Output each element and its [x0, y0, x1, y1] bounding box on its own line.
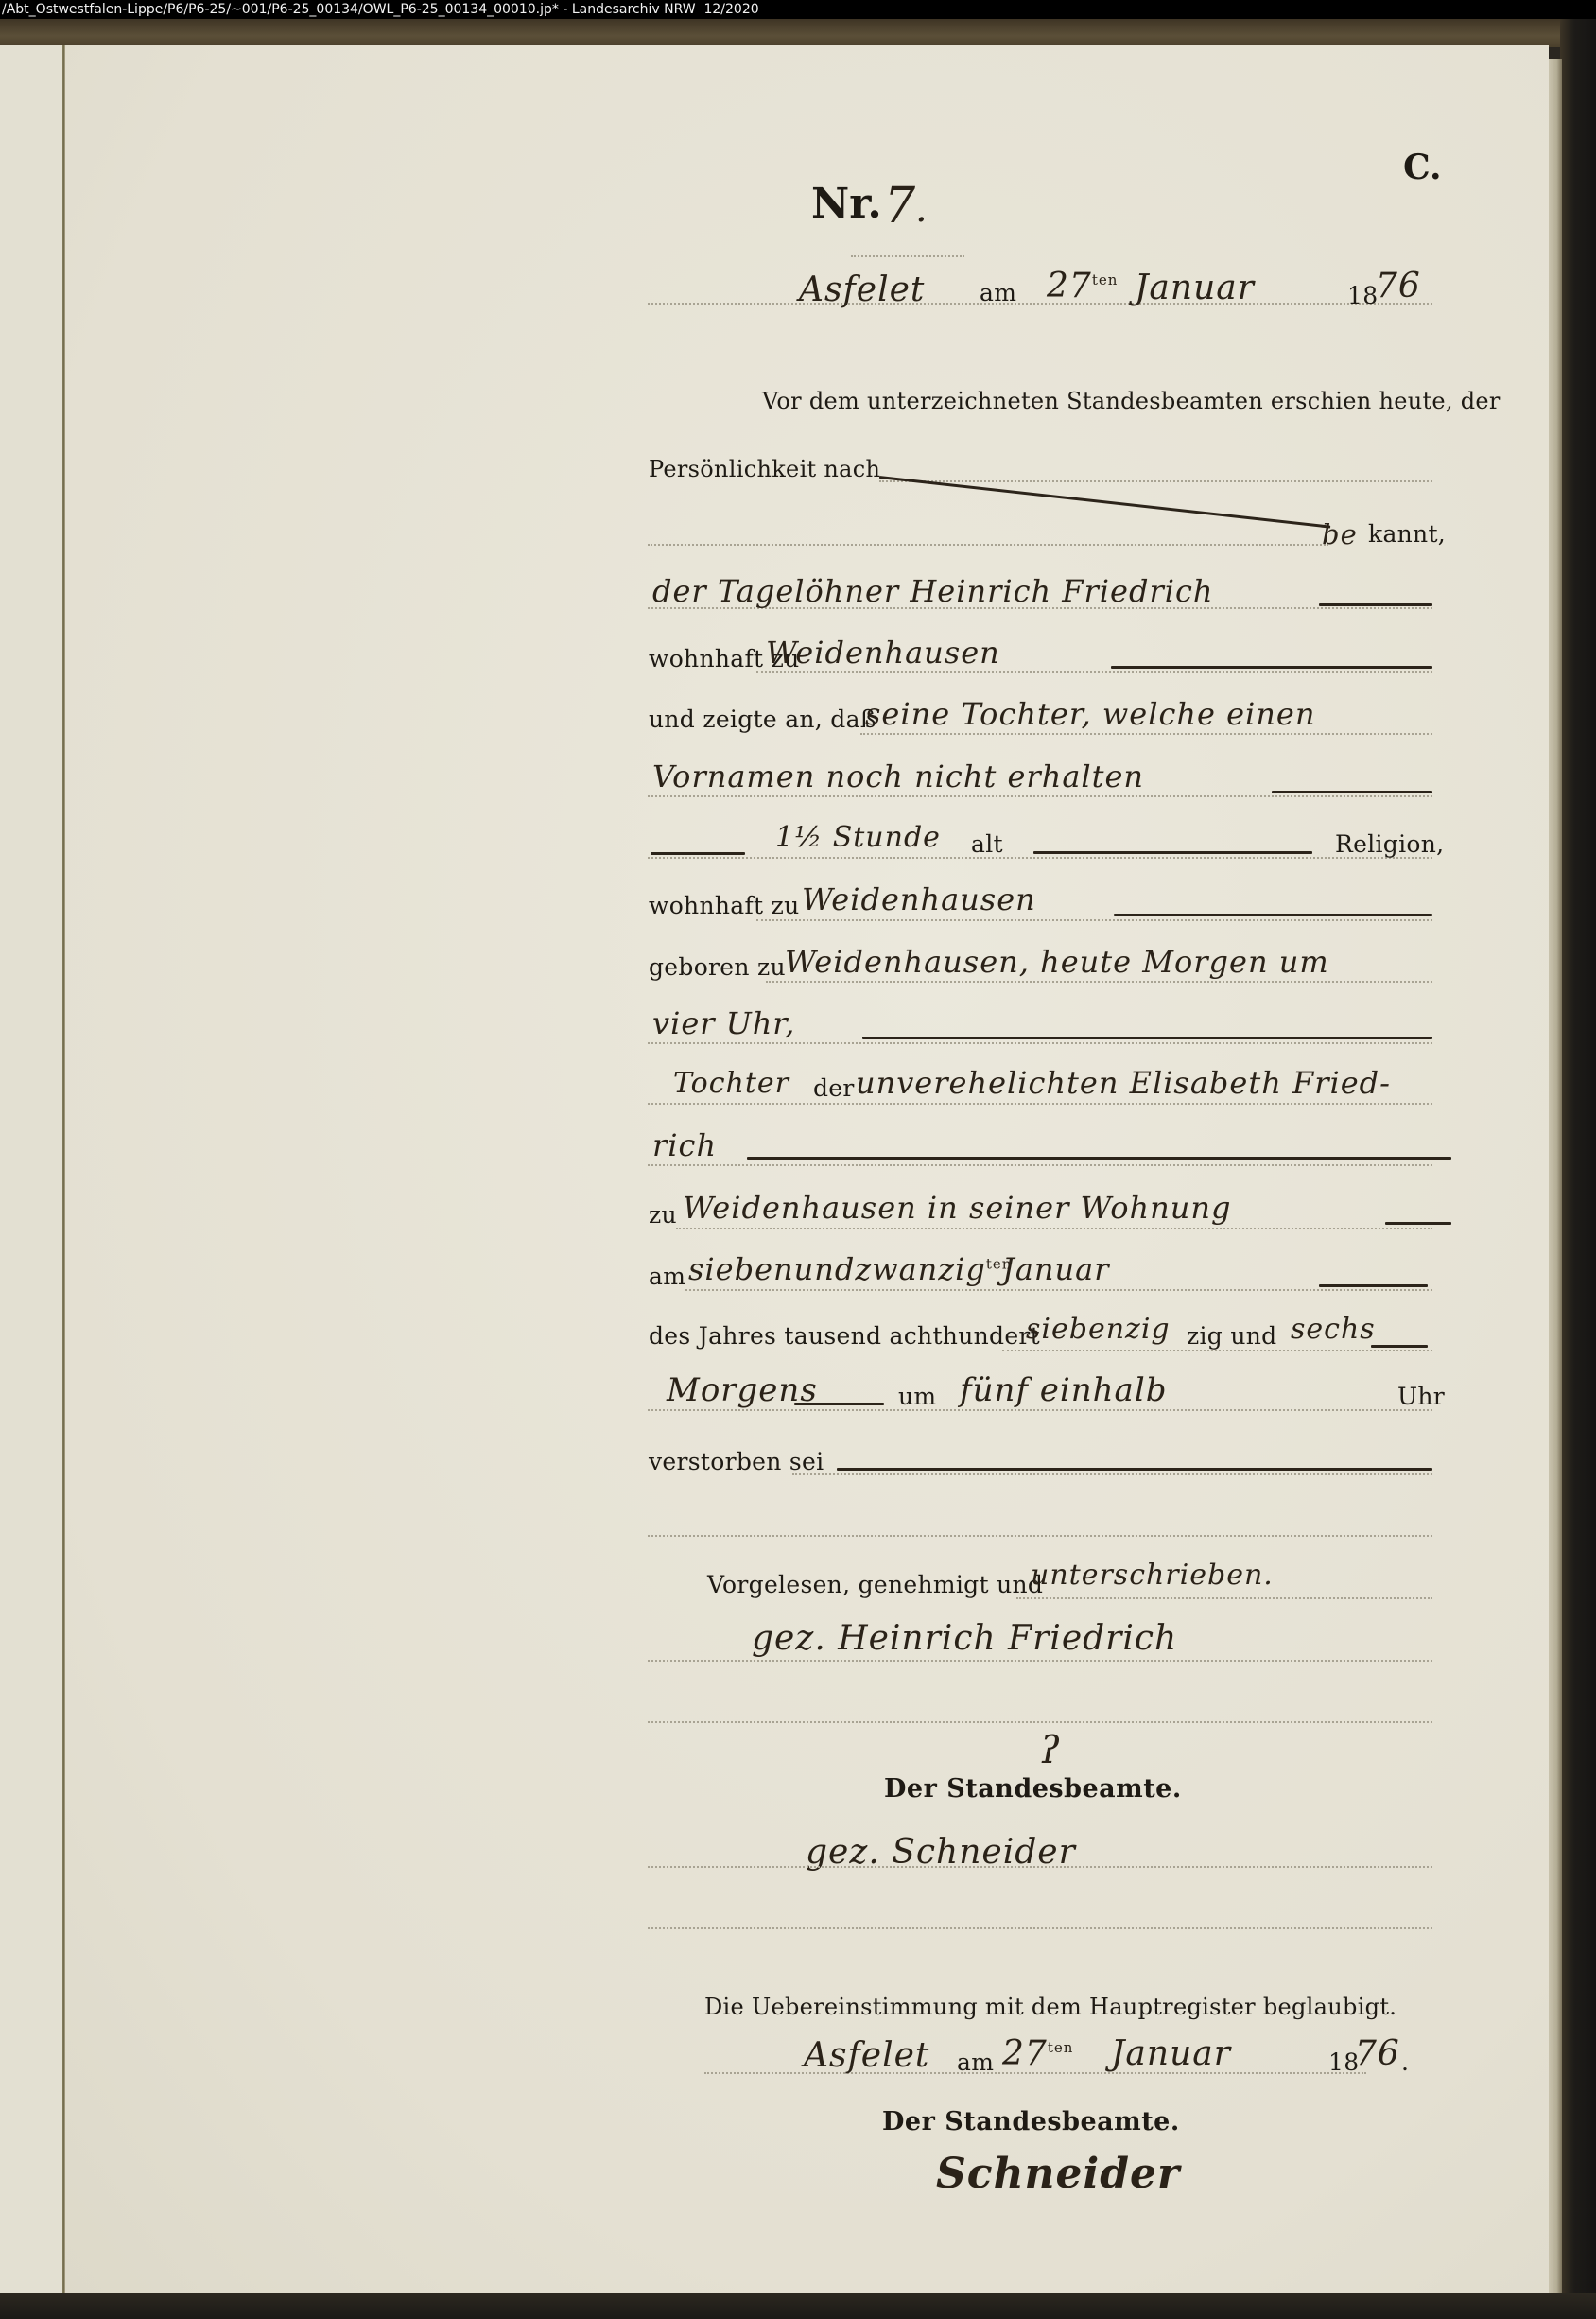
report-fill-line — [1272, 791, 1432, 793]
signature-dotline-2 — [648, 1721, 1432, 1723]
mother-value-1: unverehelichten Elisabeth Fried- — [856, 1065, 1391, 1101]
book-cover-bottom — [0, 2293, 1596, 2319]
place-fill-line — [1385, 1222, 1451, 1225]
cert-day-value: 27 — [1002, 2034, 1048, 2073]
record-number-suffix: . — [915, 187, 928, 231]
age-prefill-line — [651, 852, 745, 855]
strike-line — [879, 476, 1330, 529]
personality-label: Persönlichkeit nach — [649, 456, 880, 482]
report-dotline-1 — [860, 733, 1432, 735]
born-value-2: vier Uhr, — [652, 1005, 795, 1041]
date-label: am — [649, 1263, 685, 1290]
born-value-1: Weidenhausen, heute Morgen um — [785, 944, 1329, 980]
header-year-suffix: 76 — [1376, 267, 1421, 305]
report-label: und zeigte an, daß — [649, 706, 876, 733]
header-day: 27ten — [1047, 267, 1118, 305]
time-value-2: fünf einhalb — [960, 1371, 1167, 1409]
read-label: Vorgelesen, genehmigt und — [707, 1571, 1043, 1598]
header-place: Asfelet — [799, 270, 925, 309]
age-dotline — [648, 857, 1432, 859]
age-value: 1½ Stunde — [775, 821, 941, 854]
residence-value-1: Weidenhausen — [766, 635, 1000, 671]
header-month: Januar — [1135, 269, 1255, 307]
record-number-label: Nr. — [811, 180, 882, 228]
religion-label: Religion, — [1335, 830, 1444, 858]
cert-am: am — [957, 2049, 994, 2076]
year-decade: siebenzig — [1026, 1313, 1171, 1346]
cert-year-suffix: 76 — [1355, 2034, 1400, 2073]
residence-dotline-1 — [756, 671, 1432, 673]
signature-dotline-4 — [648, 1927, 1432, 1929]
read-value: unterschrieben. — [1031, 1559, 1274, 1592]
date-dotline — [685, 1289, 1432, 1291]
place-label: zu — [649, 1201, 677, 1229]
title-separator: - — [559, 2, 572, 17]
header-am: am — [980, 279, 1016, 306]
number-dotline — [851, 255, 964, 257]
residence-value-2: Weidenhausen — [802, 881, 1036, 917]
residence-dotline-2 — [756, 919, 1432, 921]
viewer-title-bar: /Abt_Ostwestfalen-Lippe/P6/P6-25/~001/P6… — [0, 0, 1596, 19]
read-dotline — [1016, 1597, 1432, 1599]
cert-month: Januar — [1111, 2034, 1231, 2073]
register-page: C. Nr. 7 . Asfelet am 27ten Januar 18 76… — [0, 45, 1549, 2293]
file-path: /Abt_Ostwestfalen-Lippe/P6/P6-25/~001/P6… — [2, 2, 559, 17]
official-title-1: Der Standesbeamte. — [884, 1774, 1182, 1804]
age-label: alt — [971, 830, 1003, 858]
date-month: Januar — [1002, 1251, 1110, 1287]
blank-dotline-1 — [648, 1535, 1432, 1537]
mother-dotline-2 — [648, 1164, 1432, 1166]
time-fill-line — [794, 1403, 884, 1405]
cert-day: 27ten — [1002, 2034, 1073, 2073]
informant-name: der Tagelöhner Heinrich Friedrich — [652, 573, 1214, 609]
time-dotline — [648, 1409, 1432, 1411]
header-day-sup: ten — [1092, 271, 1119, 288]
born-dotline-2 — [648, 1042, 1432, 1044]
page-fold — [62, 45, 65, 2293]
mother-dotline-1 — [648, 1103, 1432, 1105]
residence-fill-line-1 — [1111, 666, 1432, 669]
header-day-value: 27 — [1047, 267, 1092, 305]
year-fill-line — [1371, 1345, 1428, 1348]
left-leaf — [0, 45, 62, 2293]
place-dotline — [676, 1228, 1432, 1229]
signature-dotline-3 — [648, 1866, 1432, 1868]
cert-year-end: . — [1401, 2049, 1409, 2076]
year-label: des Jahres tausend achthundert — [649, 1322, 1040, 1350]
cert-place: Asfelet — [804, 2036, 929, 2075]
date-value: siebenundzwanzigten — [688, 1251, 1012, 1287]
book-cover-top — [0, 19, 1596, 47]
time-uhr: Uhr — [1397, 1383, 1445, 1410]
section-mark: C. — [1403, 148, 1442, 187]
year-dotline — [1002, 1350, 1432, 1351]
intro-text: Vor dem unterzeichneten Standesbeamten e… — [762, 388, 1501, 414]
born-label: geboren zu — [649, 953, 786, 981]
known-print: kannt, — [1368, 520, 1446, 548]
book-cover-right — [1560, 19, 1596, 2319]
signature-informant: gez. Heinrich Friedrich — [752, 1619, 1177, 1658]
signature-mark: ʔ — [1040, 1729, 1061, 1772]
year-und: zig und — [1187, 1322, 1276, 1350]
archive-name: Landesarchiv NRW — [572, 2, 696, 17]
died-fill-line — [837, 1468, 1432, 1471]
born-fill-line — [862, 1037, 1432, 1039]
place-value: Weidenhausen in seiner Wohnung — [683, 1190, 1231, 1226]
informant-fill-line — [1319, 603, 1432, 606]
year-unit: sechs — [1291, 1313, 1376, 1346]
report-value-1: seine Tochter, welche einen — [865, 696, 1315, 732]
report-dotline-2 — [648, 795, 1432, 797]
certification-text: Die Uebereinstimmung mit dem Hauptregist… — [704, 1994, 1396, 2020]
religion-fill-line — [1033, 851, 1312, 854]
residence-fill-line-2 — [1114, 914, 1432, 916]
page-stack-edge — [1549, 59, 1562, 2293]
header-dotline — [648, 303, 1432, 305]
born-dotline-1 — [766, 981, 1432, 983]
daughter-hand: Tochter — [673, 1067, 789, 1100]
time-um: um — [898, 1383, 936, 1410]
mother-value-2: rich — [652, 1127, 717, 1163]
known-dotline — [648, 544, 1328, 546]
cert-day-sup: ten — [1048, 2039, 1074, 2056]
signature-official-2: Schneider — [936, 2150, 1180, 2198]
died-label: verstorben sei — [649, 1448, 824, 1475]
archive-date: 12/2020 — [703, 2, 758, 17]
died-dotline — [792, 1473, 1432, 1475]
personality-dotline — [879, 480, 1432, 482]
mother-fill-line — [747, 1157, 1451, 1159]
record-number-value: 7 — [884, 178, 916, 235]
report-value-2: Vornamen noch nicht erhalten — [652, 758, 1144, 794]
date-fill-line — [1319, 1284, 1428, 1287]
official-title-2: Der Standesbeamte. — [882, 2107, 1180, 2136]
daughter-print: der — [813, 1074, 855, 1102]
signature-dotline-1 — [648, 1660, 1432, 1662]
header-year-prefix: 18 — [1347, 282, 1378, 309]
known-hand: be — [1322, 518, 1358, 550]
residence-label-2: wohnhaft zu — [649, 892, 799, 919]
date-value-text: siebenundzwanzig — [688, 1251, 986, 1287]
